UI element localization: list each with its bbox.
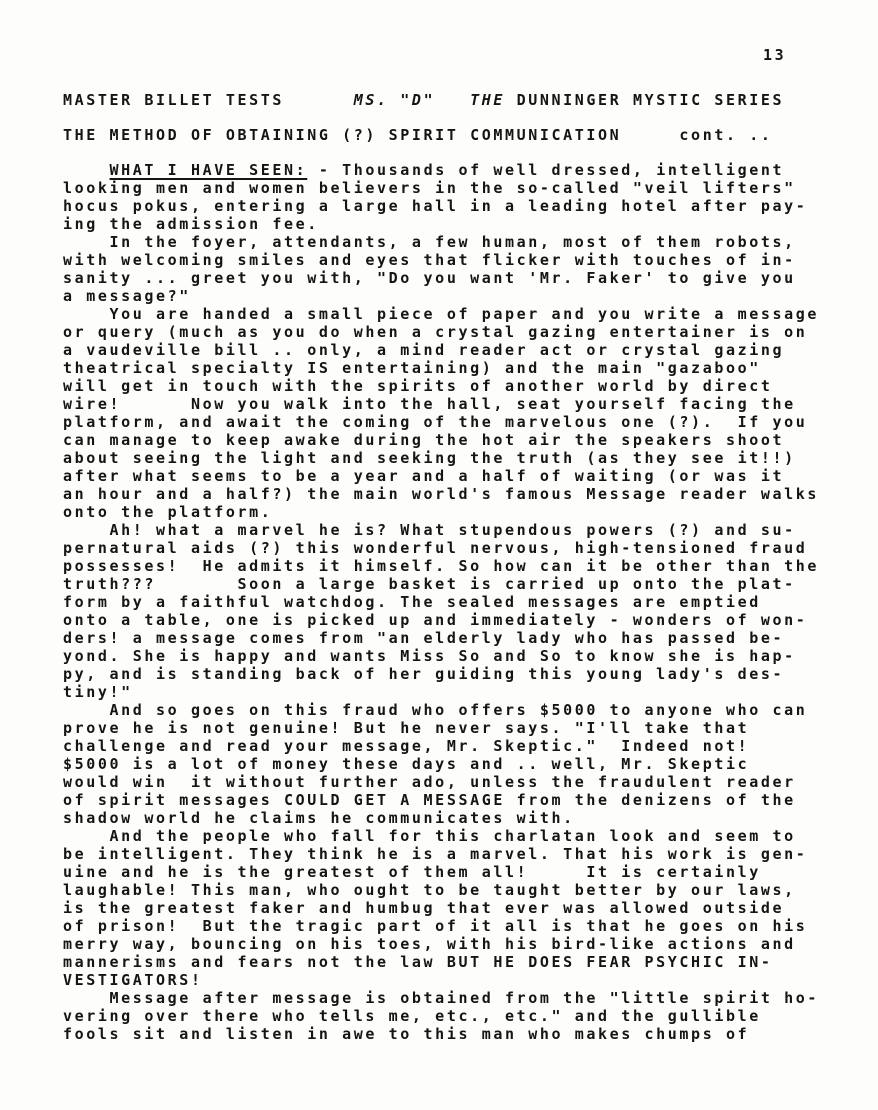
- header-gap: [435, 91, 470, 109]
- header-series-title: DUNNINGER MYSTIC SERIES: [505, 91, 784, 109]
- document-page: 13 MASTER BILLET TESTS MS. "D" THE DUNNI…: [0, 0, 878, 1110]
- paragraph-charlatan: And the people who fall for this charlat…: [63, 827, 878, 989]
- paragraph-message-writing: You are handed a small piece of paper an…: [63, 305, 878, 521]
- document-header-line1: MASTER BILLET TESTS MS. "D" THE DUNNINGE…: [63, 91, 878, 109]
- document-header-line2: THE METHOD OF OBTAINING (?) SPIRIT COMMU…: [63, 126, 878, 144]
- page-number: 13: [763, 46, 786, 64]
- paragraph-what-i-have-seen: WHAT I HAVE SEEN: - Thousands of well dr…: [63, 161, 878, 233]
- header-the-italic: THE: [470, 91, 505, 109]
- header-manuscript-label: MS. "D": [354, 91, 435, 109]
- underlined-heading: WHAT I HAVE SEEN:: [110, 161, 308, 179]
- header-title-left: MASTER BILLET TESTS: [63, 91, 354, 109]
- paragraph-gullible-fools: Message after message is obtained from t…: [63, 989, 878, 1043]
- paragraph-foyer: In the foyer, attendants, a few human, m…: [63, 233, 878, 305]
- paragraph-5000-challenge: And so goes on this fraud who offers $50…: [63, 701, 878, 827]
- paragraph-indent: [63, 161, 110, 179]
- paragraph-marvel: Ah! what a marvel he is? What stupendous…: [63, 521, 878, 701]
- document-body: WHAT I HAVE SEEN: - Thousands of well dr…: [63, 161, 878, 1043]
